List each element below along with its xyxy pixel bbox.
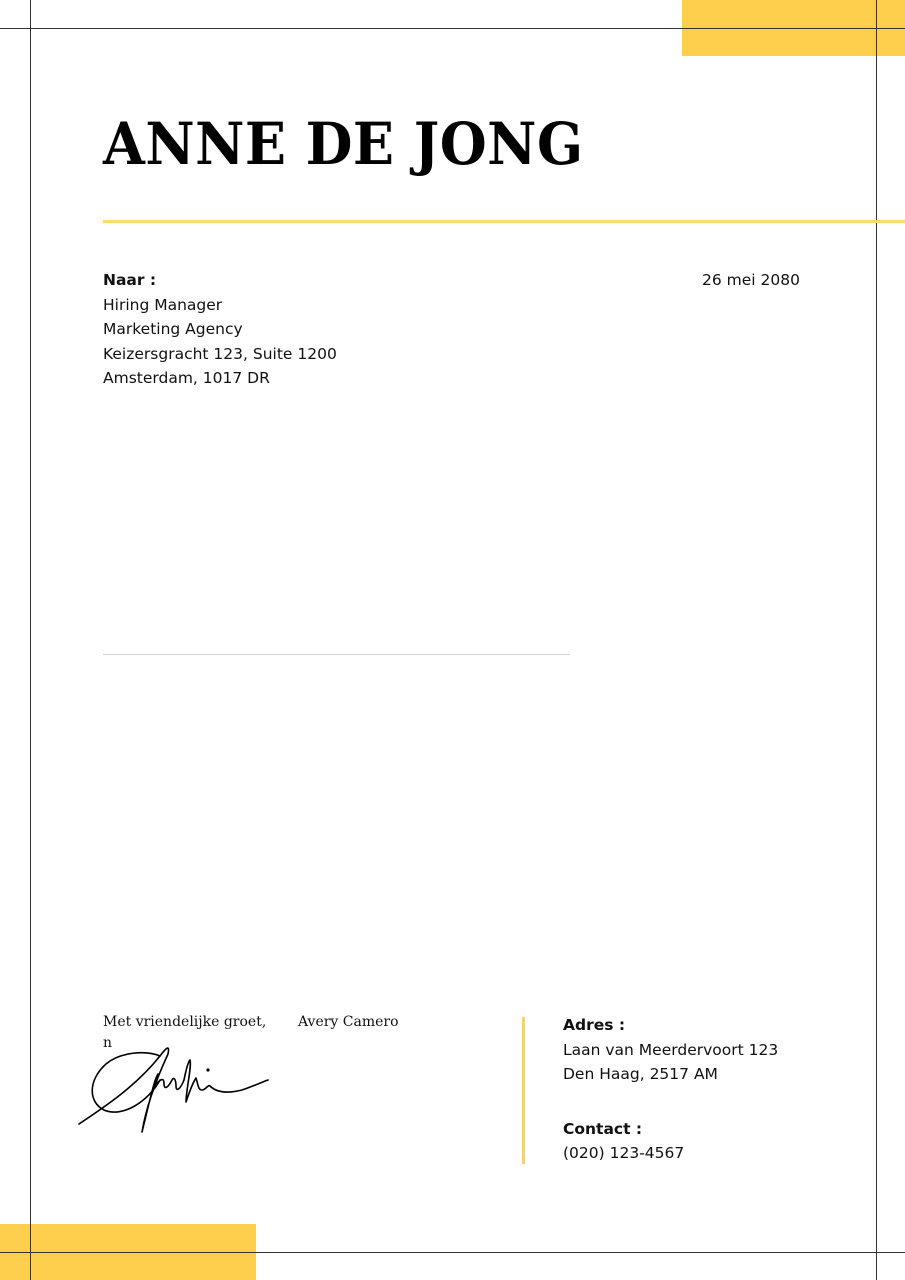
recipient-label: Naar : [103,268,337,293]
address-line: Den Haag, 2517 AM [563,1062,778,1087]
guide-line-right [876,0,877,1280]
recipient-line: Amsterdam, 1017 DR [103,366,337,391]
guide-line-bottom [0,1252,905,1253]
address-label: Adres : [563,1013,778,1038]
header-divider [103,220,905,223]
guide-line-left [30,0,31,1280]
recipient-line: Marketing Agency [103,317,337,342]
contact-accent-bar [522,1017,525,1164]
contact-label: Contact : [563,1117,778,1142]
body-divider [103,654,570,655]
closing-greeting: Met vriendelijke groet, [103,1012,283,1033]
recipient-line: Keizersgracht 123, Suite 1200 [103,342,337,367]
phone-number: (020) 123-4567 [563,1141,778,1166]
sender-contact-block: Adres : Laan van Meerdervoort 123 Den Ha… [563,1013,778,1166]
address-line: Laan van Meerdervoort 123 [563,1038,778,1063]
letter-date: 26 mei 2080 [702,268,800,293]
recipient-line: Hiring Manager [103,293,337,318]
signature-icon [76,1040,276,1140]
guide-line-top [0,28,905,29]
recipient-block: Naar : Hiring Manager Marketing Agency K… [103,268,337,391]
applicant-name: ANNE DE JONG [103,110,583,178]
signer-name: Avery Camero [298,1012,399,1033]
